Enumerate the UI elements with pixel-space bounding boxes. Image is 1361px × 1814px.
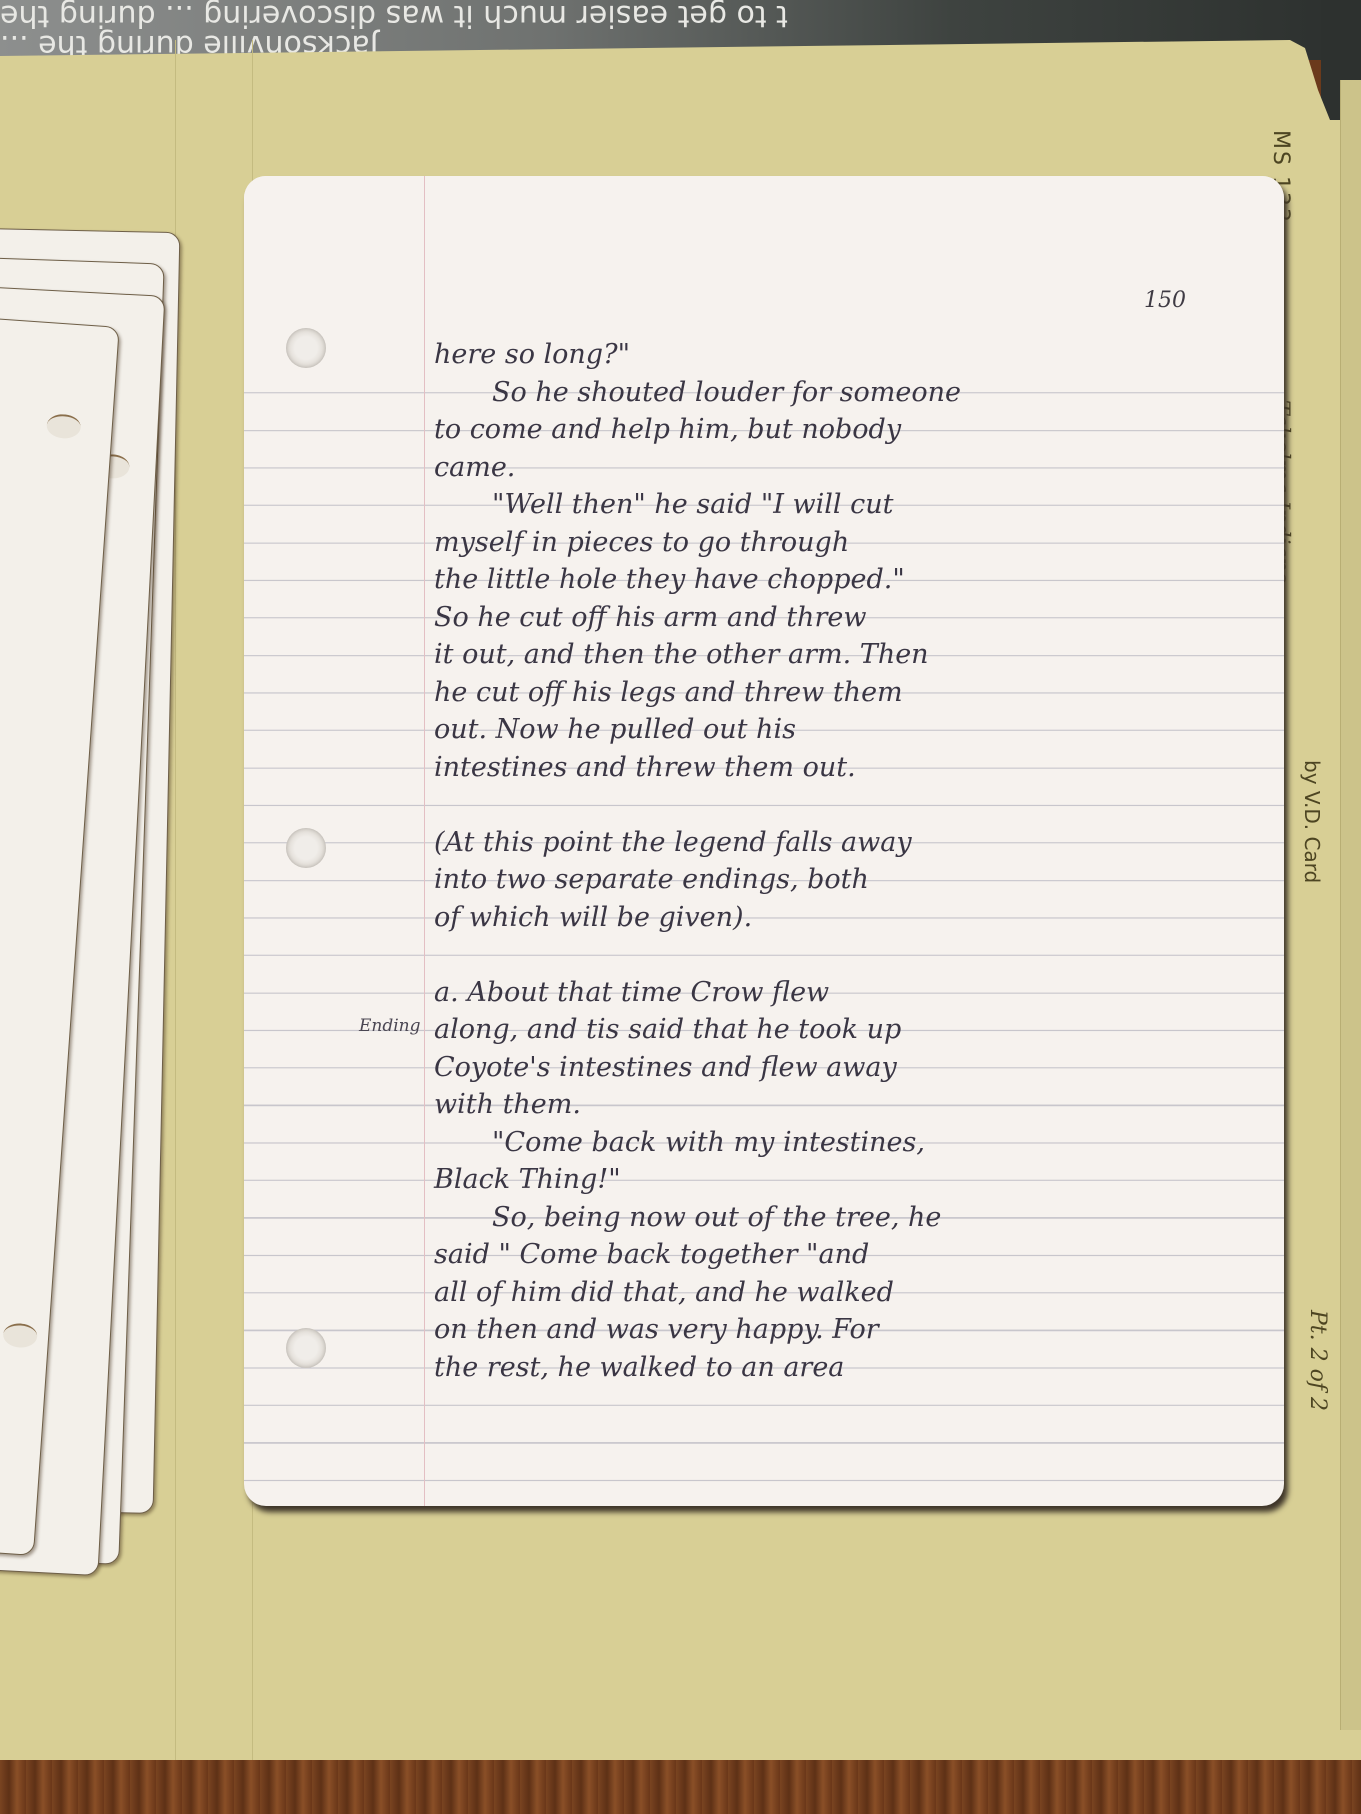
text-line: out. Now he pulled out his [434,711,1264,749]
text-line: myself in pieces to go through [434,524,1264,562]
notebook-page: 150 Ending here so long?" So he shouted … [244,176,1284,1506]
punch-hole [286,328,326,368]
text-line: (At this point the legend falls away [434,824,1264,862]
text-line: he cut off his legs and threw them [434,674,1264,712]
text-line: the rest, he walked to an area [434,1349,1264,1387]
text-line: of which will be given). [434,899,1264,937]
folder-author-label: by V.D. Card [1300,760,1324,883]
handwritten-text: here so long?" So he shouted louder for … [434,336,1264,1386]
text-line: "Well then" he said "I will cut [434,486,1264,524]
page-header-space [244,176,1284,351]
text-line: came. [434,449,1264,487]
text-line: a. About that time Crow flew [434,974,1264,1012]
text-line: to come and help him, but nobody [434,411,1264,449]
text-line: on then and was very happy. For [434,1311,1264,1349]
wooden-table [0,1760,1361,1814]
punch-hole [2,1322,38,1348]
text-line: Coyote's intestines and flew away [434,1049,1264,1087]
text-line: Black Thing!" [434,1161,1264,1199]
text-line: "Come back with my intestines, [434,1124,1264,1162]
page-margin-line [424,176,425,1506]
text-line: it out, and then the other arm. Then [434,636,1264,674]
text-line: along, and tis said that he took up [434,1011,1264,1049]
punch-hole [46,413,82,439]
text-line: said " Come back together "and [434,1236,1264,1274]
page-number: 150 [1144,288,1186,313]
text-line: So he cut off his arm and threw [434,599,1264,637]
text-line: So, being now out of the tree, he [434,1199,1264,1237]
text-line: So he shouted louder for someone [434,374,1264,412]
text-line: the little hole they have chopped." [434,561,1264,599]
folder-tab-edge [1340,80,1361,1730]
poster-text-line: t to get easier much it was discovering … [0,0,1361,30]
margin-note: Ending [359,1016,421,1036]
folder-part-label: Pt. 2 of 2 [1305,1310,1330,1411]
text-line: into two separate endings, both [434,861,1264,899]
blank-line [434,786,1264,824]
punch-hole [286,1328,326,1368]
text-line: with them. [434,1086,1264,1124]
text-line: intestines and threw them out. [434,749,1264,787]
punch-hole [286,828,326,868]
blank-line [434,936,1264,974]
text-line: all of him did that, and he walked [434,1274,1264,1312]
text-line: here so long?" [434,336,1264,374]
